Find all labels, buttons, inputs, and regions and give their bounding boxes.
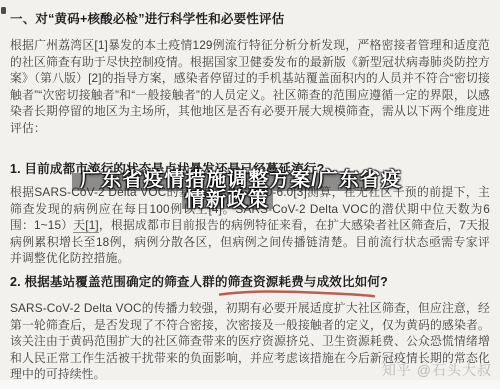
text-line: 该关注由于黄码范围扩大的社区筛查带来的医疗资源挤兑、卫生资源耗费、公众恐慌情绪增… — [10, 333, 490, 350]
question-2-heading: 2. 根据基站覆盖范围确定的筛查人群的筛查资源耗费与成效比如何? — [10, 275, 388, 289]
text-line: 病例累积增长至18例，病例分散各区，但病例之间传播链清楚。目前流行状态亟需专家评… — [10, 234, 490, 251]
overlay-title-line2: 情新政策 — [185, 189, 269, 211]
text-line: 案》（第八版）[2]的指导方案，感染者停留过的手机基站覆盖面积内的人员并不符合“… — [10, 70, 490, 87]
article-page: 一、对“黄码+核酸必检”进行科学性和必要性评估 根据广州荔湾区[1]暴发的本土疫… — [0, 0, 500, 389]
text-line: 根据广州荔湾区[1]暴发的本土疫情129例流行特征分析分析发现，严格密接者管理和… — [10, 37, 490, 54]
text-segment: 围：1~15） — [10, 218, 73, 232]
overlay-title-line1: 广东省疫情措施调整方案/广东省疫 — [80, 169, 402, 191]
text-line: 触者”“次密切接触者”和“一般接触者”的人员定义。社区筛查的范围应遵循一定的界限… — [10, 87, 490, 104]
zhihu-watermark: 知乎 @石头大叔 — [382, 360, 492, 380]
text-line: 染者长期停留的地区为主场所，其他地区是否有必要开展大规模筛查，需从以下两个维度进… — [10, 103, 490, 120]
reference-link[interactable]: 天[1] — [73, 218, 99, 233]
text-line: 并调整优化防控措施。 — [10, 250, 490, 267]
text-line: 第一轮筛查后，是否发现了不符合密接，次密接及一般接触者的定义，仅为黄码的感染者。… — [10, 317, 490, 334]
cropped-edge-mark — [1, 7, 6, 14]
paragraph-1: 根据广州荔湾区[1]暴发的本土疫情129例流行特征分析分析发现，严格密接者管理和… — [10, 37, 490, 136]
section-heading: 一、对“黄码+核酸必检”进行科学性和必要性评估 — [10, 12, 284, 26]
text-line: SARS-CoV-2 Delta VOC的传播力较强，初期有必要开展适度扩大社区… — [10, 300, 490, 317]
page-bottom-edge — [0, 380, 500, 389]
text-line: 的社区筛查有助于尽快控制疫情。根据国家卫健委发布的最新版《新型冠状病毒肺炎防控方 — [10, 54, 490, 71]
text-line: 评估： — [10, 120, 490, 137]
text-line-with-reference: 围：1~15）天[1]，根据成都市目前报告的病例特征来看，在扩大感染者社区筛查后… — [10, 217, 490, 234]
